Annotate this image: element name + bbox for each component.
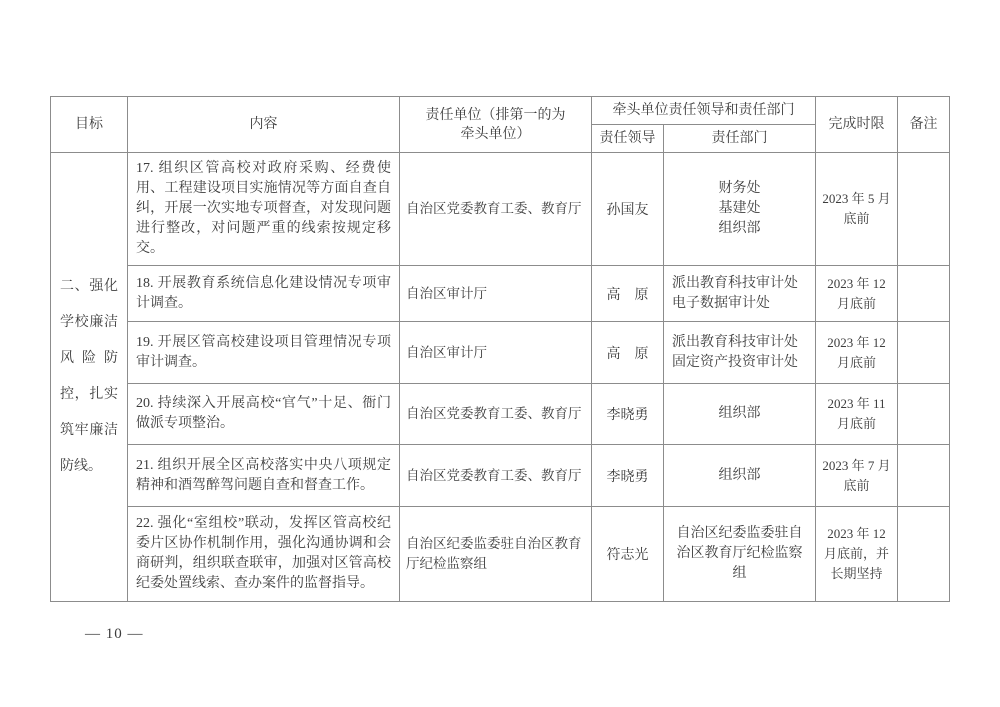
- cell-department-17: 财务处 基建处 组织部: [664, 153, 816, 266]
- table-header: 目标 内容 责任单位（排第一的为牵头单位） 牵头单位责任领导和责任部门 完成时限…: [51, 97, 950, 153]
- cell-department-19: 派出教育科技审计处 固定资产投资审计处: [664, 322, 816, 384]
- goal-cell: 二、强化学校廉洁风险防控，扎实筑牢廉洁防线。: [51, 153, 128, 602]
- page-number: — 10 —: [85, 626, 144, 643]
- cell-deadline-20: 2023 年 11 月底前: [816, 384, 898, 445]
- cell-unit-18: 自治区审计厅: [400, 266, 592, 322]
- col-header-goal: 目标: [51, 97, 128, 153]
- cell-remark-20: [898, 384, 950, 445]
- table-row: 20. 持续深入开展高校“官气”十足、衙门做派专项整治。 自治区党委教育工委、教…: [51, 384, 950, 445]
- cell-leader-19: 高 原: [592, 322, 664, 384]
- cell-content-21: 21. 组织开展全区高校落实中央八项规定精神和酒驾醉驾问题自查和督查工作。: [128, 445, 400, 507]
- col-header-responsible-unit: 责任单位（排第一的为牵头单位）: [400, 97, 592, 153]
- cell-content-20: 20. 持续深入开展高校“官气”十足、衙门做派专项整治。: [128, 384, 400, 445]
- cell-deadline-21: 2023 年 7 月底前: [816, 445, 898, 507]
- cell-remark-22: [898, 507, 950, 602]
- cell-leader-20: 李晓勇: [592, 384, 664, 445]
- goal-text: 二、强化学校廉洁风险防控，扎实筑牢廉洁防线。: [60, 269, 118, 485]
- cell-content-19: 19. 开展区管高校建设项目管理情况专项审计调查。: [128, 322, 400, 384]
- cell-leader-21: 李晓勇: [592, 445, 664, 507]
- cell-leader-17: 孙国友: [592, 153, 664, 266]
- table-row: 二、强化学校廉洁风险防控，扎实筑牢廉洁防线。 17. 组织区管高校对政府采购、经…: [51, 153, 950, 266]
- cell-content-18: 18. 开展教育系统信息化建设情况专项审计调查。: [128, 266, 400, 322]
- cell-unit-22: 自治区纪委监委驻自治区教育厅纪检监察组: [400, 507, 592, 602]
- cell-deadline-18: 2023 年 12 月底前: [816, 266, 898, 322]
- col-header-lead-leader: 责任领导: [592, 125, 664, 153]
- cell-department-20: 组织部: [664, 384, 816, 445]
- cell-deadline-17: 2023 年 5 月底前: [816, 153, 898, 266]
- col-header-content: 内容: [128, 97, 400, 153]
- cell-unit-20: 自治区党委教育工委、教育厅: [400, 384, 592, 445]
- table-row: 22. 强化“室组校”联动，发挥区管高校纪委片区协作机制作用，强化沟通协调和会商…: [51, 507, 950, 602]
- col-header-deadline: 完成时限: [816, 97, 898, 153]
- cell-deadline-19: 2023 年 12 月底前: [816, 322, 898, 384]
- cell-remark-21: [898, 445, 950, 507]
- cell-remark-17: [898, 153, 950, 266]
- action-plan-table: 目标 内容 责任单位（排第一的为牵头单位） 牵头单位责任领导和责任部门 完成时限…: [50, 96, 950, 602]
- cell-leader-18: 高 原: [592, 266, 664, 322]
- cell-department-22: 自治区纪委监委驻自治区教育厅纪检监察组: [664, 507, 816, 602]
- col-header-lead-group: 牵头单位责任领导和责任部门: [592, 97, 816, 125]
- document-page: { "table": { "headers": { "goal": "目标", …: [0, 0, 1000, 707]
- cell-remark-19: [898, 322, 950, 384]
- cell-remark-18: [898, 266, 950, 322]
- cell-content-22: 22. 强化“室组校”联动，发挥区管高校纪委片区协作机制作用，强化沟通协调和会商…: [128, 507, 400, 602]
- cell-deadline-22: 2023 年 12 月底前，并长期坚持: [816, 507, 898, 602]
- cell-content-17: 17. 组织区管高校对政府采购、经费使用、工程建设项目实施情况等方面自查自纠，开…: [128, 153, 400, 266]
- col-header-responsible-unit-text: 责任单位（排第一的为牵头单位）: [420, 106, 572, 144]
- table-row: 18. 开展教育系统信息化建设情况专项审计调查。 自治区审计厅 高 原 派出教育…: [51, 266, 950, 322]
- col-header-remark: 备注: [898, 97, 950, 153]
- col-header-lead-department: 责任部门: [664, 125, 816, 153]
- cell-unit-21: 自治区党委教育工委、教育厅: [400, 445, 592, 507]
- table-row: 21. 组织开展全区高校落实中央八项规定精神和酒驾醉驾问题自查和督查工作。 自治…: [51, 445, 950, 507]
- table-row: 19. 开展区管高校建设项目管理情况专项审计调查。 自治区审计厅 高 原 派出教…: [51, 322, 950, 384]
- cell-unit-19: 自治区审计厅: [400, 322, 592, 384]
- cell-leader-22: 符志光: [592, 507, 664, 602]
- cell-department-21: 组织部: [664, 445, 816, 507]
- cell-unit-17: 自治区党委教育工委、教育厅: [400, 153, 592, 266]
- cell-department-18: 派出教育科技审计处 电子数据审计处: [664, 266, 816, 322]
